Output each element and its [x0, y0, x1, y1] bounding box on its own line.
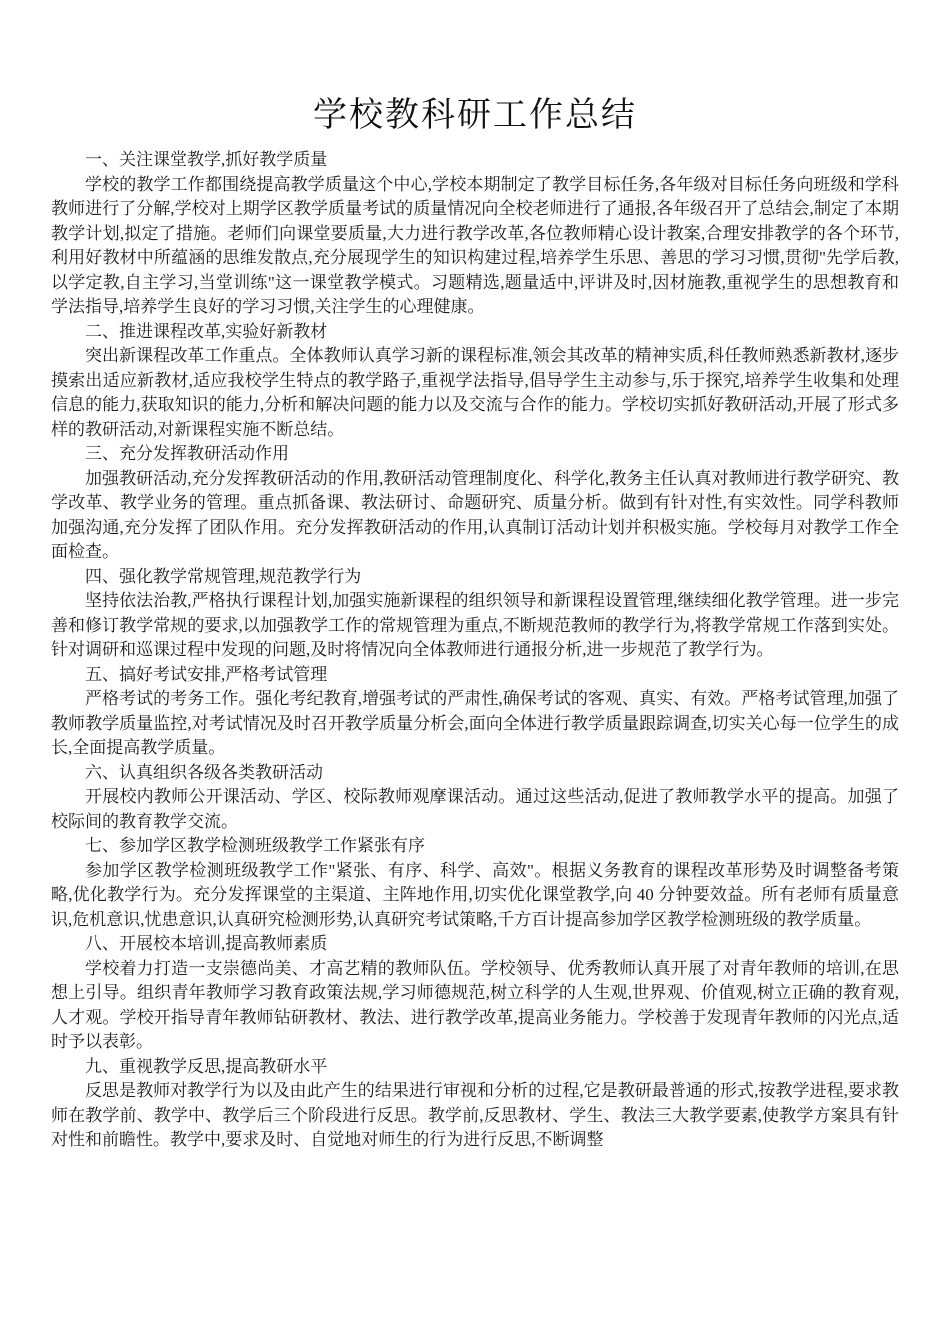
section-2: 二、推进课程改革,实验好新教材 突出新课程改革工作重点。全体教师认真学习新的课程… — [51, 320, 899, 443]
section-8-heading: 八、开展校本培训,提高教师素质 — [51, 932, 899, 957]
section-7-heading: 七、参加学区教学检测班级教学工作紧张有序 — [51, 834, 899, 859]
section-3-body: 加强教研活动,充分发挥教研活动的作用,教研活动管理制度化、科学化,教务主任认真对… — [51, 467, 899, 565]
section-5-body: 严格考试的考务工作。强化考纪教育,增强考试的严肃性,确保考试的客观、真实、有效。… — [51, 687, 899, 761]
section-6-heading: 六、认真组织各级各类教研活动 — [51, 761, 899, 786]
section-4: 四、强化教学常规管理,规范教学行为 坚持依法治教,严格执行课程计划,加强实施新课… — [51, 565, 899, 663]
section-1: 一、关注课堂教学,抓好教学质量 学校的教学工作都围绕提高教学质量这个中心,学校本… — [51, 148, 899, 320]
section-1-heading: 一、关注课堂教学,抓好教学质量 — [51, 148, 899, 173]
section-9-body: 反思是教师对教学行为以及由此产生的结果进行审视和分析的过程,它是教研最普通的形式… — [51, 1079, 899, 1153]
section-4-body: 坚持依法治教,严格执行课程计划,加强实施新课程的组织领导和新课程设置管理,继续细… — [51, 589, 899, 663]
section-6-body: 开展校内教师公开课活动、学区、校际教师观摩课活动。通过这些活动,促进了教师教学水… — [51, 785, 899, 834]
section-8-body: 学校着力打造一支崇德尚美、才高艺精的教师队伍。学校领导、优秀教师认真开展了对青年… — [51, 957, 899, 1055]
section-3-heading: 三、充分发挥教研活动作用 — [51, 442, 899, 467]
section-7: 七、参加学区教学检测班级教学工作紧张有序 参加学区教学检测班级教学工作"紧张、有… — [51, 834, 899, 932]
section-4-heading: 四、强化教学常规管理,规范教学行为 — [51, 565, 899, 590]
section-5-heading: 五、搞好考试安排,严格考试管理 — [51, 663, 899, 688]
section-8: 八、开展校本培训,提高教师素质 学校着力打造一支崇德尚美、才高艺精的教师队伍。学… — [51, 932, 899, 1055]
section-5: 五、搞好考试安排,严格考试管理 严格考试的考务工作。强化考纪教育,增强考试的严肃… — [51, 663, 899, 761]
section-7-body: 参加学区教学检测班级教学工作"紧张、有序、科学、高效"。根据义务教育的课程改革形… — [51, 859, 899, 933]
section-9: 九、重视教学反思,提高教研水平 反思是教师对教学行为以及由此产生的结果进行审视和… — [51, 1055, 899, 1153]
section-1-body: 学校的教学工作都围绕提高教学质量这个中心,学校本期制定了教学目标任务,各年级对目… — [51, 173, 899, 320]
document-page: 学校教科研工作总结 一、关注课堂教学,抓好教学质量 学校的教学工作都围绕提高教学… — [0, 0, 950, 1344]
section-6: 六、认真组织各级各类教研活动 开展校内教师公开课活动、学区、校际教师观摩课活动。… — [51, 761, 899, 835]
document-title: 学校教科研工作总结 — [51, 94, 899, 138]
section-9-heading: 九、重视教学反思,提高教研水平 — [51, 1055, 899, 1080]
section-2-heading: 二、推进课程改革,实验好新教材 — [51, 320, 899, 345]
section-2-body: 突出新课程改革工作重点。全体教师认真学习新的课程标准,领会其改革的精神实质,科任… — [51, 344, 899, 442]
section-3: 三、充分发挥教研活动作用 加强教研活动,充分发挥教研活动的作用,教研活动管理制度… — [51, 442, 899, 565]
